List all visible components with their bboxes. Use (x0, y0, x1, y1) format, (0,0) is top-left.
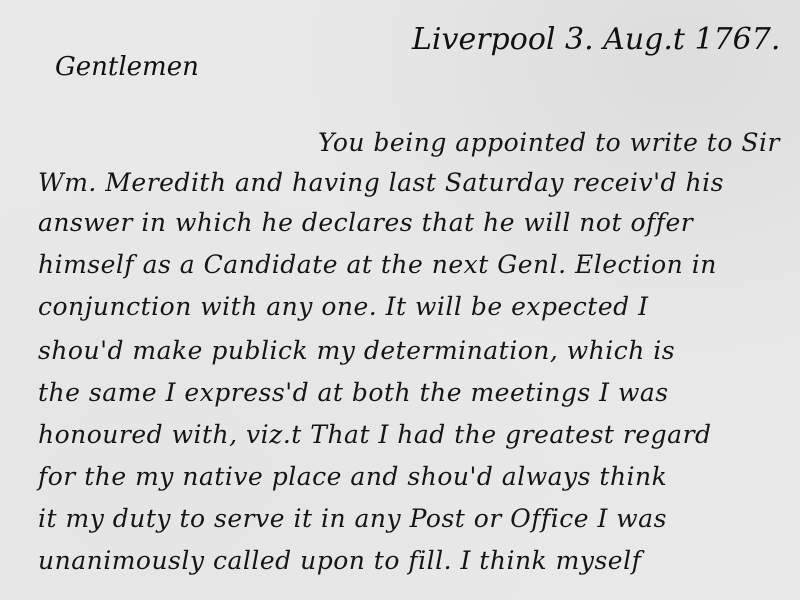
letter-line-6: shou'd make publick my determination, wh… (38, 336, 675, 365)
letter-dateline: Liverpool 3. Aug.t 1767. (412, 22, 780, 57)
letter-page: Liverpool 3. Aug.t 1767. Gentlemen You b… (0, 0, 800, 600)
letter-line-5: conjunction with any one. It will be exp… (38, 292, 648, 321)
letter-line-9: for the my native place and shou'd alway… (38, 462, 667, 491)
letter-line-2: Wm. Meredith and having last Saturday re… (38, 168, 724, 197)
letter-line-3: answer in which he declares that he will… (38, 208, 693, 237)
letter-line-11: unanimously called upon to fill. I think… (38, 546, 641, 575)
letter-line-10: it my duty to serve it in any Post or Of… (38, 504, 667, 533)
letter-line-1: You being appointed to write to Sir (318, 128, 780, 157)
letter-line-4: himself as a Candidate at the next Genl.… (38, 250, 717, 279)
letter-line-8: honoured with, viz.t That I had the grea… (38, 420, 712, 449)
letter-salutation: Gentlemen (55, 52, 199, 82)
letter-line-7: the same I express'd at both the meeting… (38, 378, 669, 407)
